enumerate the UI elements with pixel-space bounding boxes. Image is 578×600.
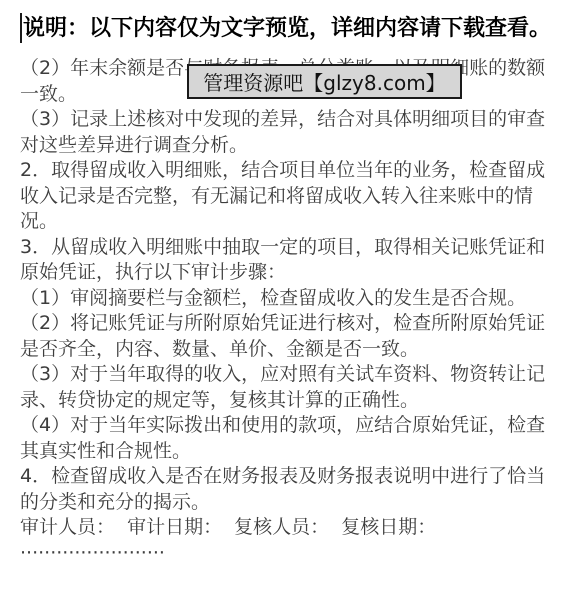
text-line: 的分类和充分的揭示。 [20, 490, 565, 516]
text-line: （3）记录上述核对中发现的差异，结合对具体明细项目的审查 [20, 107, 565, 133]
document-preview-page: 说明：以下内容仅为文字预览，详细内容请下载查看。 （2）年末余额是否与财务报表、… [0, 0, 578, 600]
text-line: 对这些差异进行调查分析。 [20, 133, 565, 159]
text-line: 况。 [20, 209, 565, 235]
text-line: 是否齐全，内容、数量、单价、金额是否一致。 [20, 337, 565, 363]
text-line: ························ [20, 541, 565, 567]
text-line: 录、转贷协定的规定等，复核其计算的正确性。 [20, 388, 565, 414]
text-line: 审计人员： 审计日期： 复核人员： 复核日期： [20, 515, 565, 541]
text-line: 4．检查留成收入是否在财务报表及财务报表说明中进行了恰当 [20, 464, 565, 490]
text-cursor-bar [20, 13, 22, 43]
text-line: （3）对于当年取得的收入，应对照有关试车资料、物资转让记 [20, 362, 565, 388]
text-line: 3．从留成收入明细账中抽取一定的项目，取得相关记账凭证和 [20, 235, 565, 261]
text-line: 收入记录是否完整，有无漏记和将留成收入转入往来账中的情 [20, 184, 565, 210]
watermark-label: 管理资源吧【glzy8.com】 [203, 67, 445, 96]
text-line: 其真实性和合规性。 [20, 439, 565, 465]
preview-notice-title: 说明：以下内容仅为文字预览，详细内容请下载查看。 [23, 11, 551, 42]
text-line: 原始凭证，执行以下审计步骤： [20, 260, 565, 286]
text-line: （4）对于当年实际拨出和使用的款项，应结合原始凭证，检查 [20, 413, 565, 439]
text-line: （2）将记账凭证与所附原始凭证进行核对，检查所附原始凭证 [20, 311, 565, 337]
watermark-badge: 管理资源吧【glzy8.com】 [187, 64, 462, 99]
text-line: 2．取得留成收入明细账，结合项目单位当年的业务，检查留成 [20, 158, 565, 184]
document-body-text: （2）年末余额是否与财务报表、总分类账、以及明细账的数额一致。（3）记录上述核对… [20, 56, 565, 566]
text-line: （1）审阅摘要栏与金额栏，检查留成收入的发生是否合规。 [20, 286, 565, 312]
